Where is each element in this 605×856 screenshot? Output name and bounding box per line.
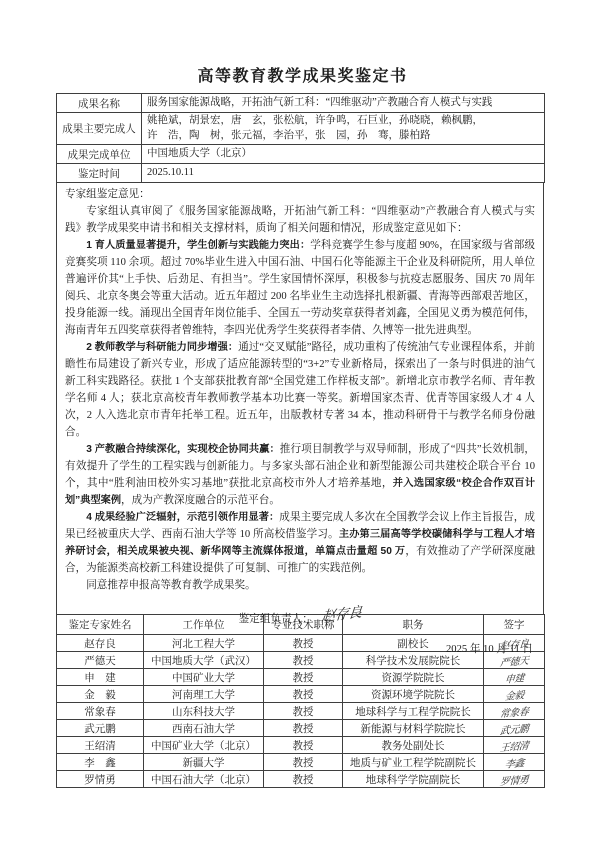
expert-title: 教授 xyxy=(264,669,343,686)
expert-unit: 中国矿业大学 xyxy=(144,669,264,686)
expert-column-header: 职务 xyxy=(343,615,484,635)
expert-row: 申 建中国矿业大学教授资源学院院长申建 xyxy=(57,669,545,686)
expert-unit: 山东科技大学 xyxy=(144,703,264,720)
expert-role: 地质与矿业工程学院副院长 xyxy=(343,754,484,771)
expert-role: 地球科学与工程学院院长 xyxy=(343,703,484,720)
expert-name: 王绍清 xyxy=(57,737,144,754)
info-row: 鉴定时间2025.10.11 xyxy=(57,164,545,183)
info-label: 鉴定时间 xyxy=(57,164,142,183)
info-label: 成果完成单位 xyxy=(57,145,142,164)
expert-unit: 西南石油大学 xyxy=(144,720,264,737)
expert-header-row: 鉴定专家姓名工作单位专业技术职称职务签字 xyxy=(57,615,545,635)
handwritten-signature: 赵存良 xyxy=(499,634,529,652)
expert-name: 常象春 xyxy=(57,703,144,720)
handwritten-signature: 常象春 xyxy=(499,702,529,720)
handwritten-signature: 罗情勇 xyxy=(499,770,529,788)
opinion-intro: 专家组认真审阅了《服务国家能源战略，开拓油气新工科：“四维驱动”产教融合育人模式… xyxy=(65,203,535,237)
expert-column-header: 签字 xyxy=(484,615,545,635)
expert-title: 教授 xyxy=(264,771,343,788)
handwritten-signature: 严德天 xyxy=(499,651,529,669)
expert-title: 教授 xyxy=(264,720,343,737)
expert-title: 教授 xyxy=(264,737,343,754)
expert-role: 资源环境学院院长 xyxy=(343,686,484,703)
info-label: 成果名称 xyxy=(57,94,142,113)
expert-role: 地球科学学院副院长 xyxy=(343,771,484,788)
handwritten-signature: 王绍清 xyxy=(499,736,529,754)
document-body: 成果名称服务国家能源战略，开拓油气新工科：“四维驱动”产教融合育人模式与实践成果… xyxy=(56,93,544,788)
result-info-table: 成果名称服务国家能源战略，开拓油气新工科：“四维驱动”产教融合育人模式与实践成果… xyxy=(56,93,545,183)
handwritten-signature: 武元鹏 xyxy=(499,719,529,737)
handwritten-signature: 金毅 xyxy=(504,686,524,703)
document-title: 高等教育教学成果奖鉴定书 xyxy=(0,0,605,93)
expert-title: 教授 xyxy=(264,652,343,669)
expert-signature: 金毅 xyxy=(484,686,545,703)
expert-unit: 中国地质大学（武汉） xyxy=(144,652,264,669)
handwritten-signature: 申建 xyxy=(504,669,524,686)
opinion-paragraph: 3 产教融合持续深化，实现校企协同共赢：推行项目制教学与双导师制，形成了“四共”… xyxy=(65,441,535,509)
opinion-heading: 专家组鉴定意见： xyxy=(65,186,535,203)
expert-row: 金 毅河南理工大学教授资源环境学院院长金毅 xyxy=(57,686,545,703)
expert-row: 常象春山东科技大学教授地球科学与工程学院院长常象春 xyxy=(57,703,545,720)
expert-name: 严德天 xyxy=(57,652,144,669)
handwritten-signature: 李鑫 xyxy=(504,754,524,771)
opinion-bold-text: 3 产教融合持续深化，实现校企协同共赢： xyxy=(86,444,280,455)
expert-title: 教授 xyxy=(264,703,343,720)
expert-name: 李 鑫 xyxy=(57,754,144,771)
info-row: 成果主要完成人姚艳斌，胡景宏，唐 玄，张松航，许争鸣，石巨业，孙晓晓，赖枫鹏， … xyxy=(57,113,545,145)
opinion-paragraphs: 1 育人质量显著提升，学生创新与实践能力突出：学科竞赛学生参与度超 90%，在国… xyxy=(65,237,535,577)
appraisal-document-page: 高等教育教学成果奖鉴定书 成果名称服务国家能源战略，开拓油气新工科：“四维驱动”… xyxy=(0,0,605,856)
info-value: 中国地质大学（北京） xyxy=(142,145,545,164)
expert-row: 罗情勇中国石油大学（北京）教授地球科学学院副院长罗情勇 xyxy=(57,771,545,788)
expert-row: 王绍清中国矿业大学（北京）教授教务处副处长王绍清 xyxy=(57,737,545,754)
expert-unit: 中国矿业大学（北京） xyxy=(144,737,264,754)
expert-role: 教务处副处长 xyxy=(343,737,484,754)
opinion-paragraph: 2 教师教学与科研能力同步增强：通过“交叉赋能”路径，成功重构了传统油气专业课程… xyxy=(65,339,535,441)
expert-role: 新能源与材料学院院长 xyxy=(343,720,484,737)
expert-unit: 新疆大学 xyxy=(144,754,264,771)
expert-unit: 河南理工大学 xyxy=(144,686,264,703)
info-row: 成果名称服务国家能源战略，开拓油气新工科：“四维驱动”产教融合育人模式与实践 xyxy=(57,94,545,113)
opinion-bold-text: 1 育人质量显著提升，学生创新与实践能力突出： xyxy=(86,240,310,251)
opinion-bold-text: 2 教师教学与科研能力同步增强： xyxy=(86,342,238,353)
info-value: 姚艳斌，胡景宏，唐 玄，张松航，许争鸣，石巨业，孙晓晓，赖枫鹏， 许 浩，陶 树… xyxy=(142,113,545,145)
expert-unit: 中国石油大学（北京） xyxy=(144,771,264,788)
leader-signature: 赵存良 xyxy=(320,604,362,626)
expert-title: 教授 xyxy=(264,635,343,652)
info-rows: 成果名称服务国家能源战略，开拓油气新工科：“四维驱动”产教融合育人模式与实践成果… xyxy=(57,94,545,183)
opinion-text: 学科竞赛学生参与度超 90%，在国家级与省部级竞赛奖项 110 余项。超过 70… xyxy=(65,240,535,336)
expert-unit: 河北工程大学 xyxy=(144,635,264,652)
expert-title: 教授 xyxy=(264,686,343,703)
opinion-conclusion: 同意推荐申报高等教育教学成果奖。 xyxy=(65,577,535,594)
expert-role: 资源学院院长 xyxy=(343,669,484,686)
info-value: 服务国家能源战略，开拓油气新工科：“四维驱动”产教融合育人模式与实践 xyxy=(142,94,545,113)
opinion-text: 通过“交叉赋能”路径，成功重构了传统油气专业课程体系，并前瞻性布局建设了新兴专业… xyxy=(65,342,535,438)
opinion-bold-text: 4 成果经验广泛辐射，示范引领作用显著： xyxy=(86,512,279,523)
expert-name: 赵存良 xyxy=(57,635,144,652)
expert-name: 申 建 xyxy=(57,669,144,686)
expert-opinion-section: 专家组鉴定意见： 专家组认真审阅了《服务国家能源战略，开拓油气新工科：“四维驱动… xyxy=(56,183,544,615)
expert-column-header: 鉴定专家姓名 xyxy=(57,615,144,635)
expert-name: 罗情勇 xyxy=(57,771,144,788)
expert-signature: 常象春 xyxy=(484,703,545,720)
info-row: 成果完成单位中国地质大学（北京） xyxy=(57,145,545,164)
expert-signature: 申建 xyxy=(484,669,545,686)
expert-name: 金 毅 xyxy=(57,686,144,703)
info-label: 成果主要完成人 xyxy=(57,113,142,145)
expert-name: 武元鹏 xyxy=(57,720,144,737)
expert-row: 武元鹏西南石油大学教授新能源与材料学院院长武元鹏 xyxy=(57,720,545,737)
opinion-text: ，成为产教深度融合的示范平台。 xyxy=(121,495,280,506)
expert-title: 教授 xyxy=(264,754,343,771)
expert-signature: 王绍清 xyxy=(484,737,545,754)
info-value: 2025.10.11 xyxy=(142,164,545,183)
opinion-paragraph: 4 成果经验广泛辐射，示范引领作用显著：成果主要完成人多次在全国教学会议上作主旨… xyxy=(65,509,535,577)
expert-signature: 武元鹏 xyxy=(484,720,545,737)
expert-signature: 罗情勇 xyxy=(484,771,545,788)
expert-row: 李 鑫新疆大学教授地质与矿业工程学院副院长李鑫 xyxy=(57,754,545,771)
expert-signature: 李鑫 xyxy=(484,754,545,771)
opinion-paragraph: 1 育人质量显著提升，学生创新与实践能力突出：学科竞赛学生参与度超 90%，在国… xyxy=(65,237,535,339)
